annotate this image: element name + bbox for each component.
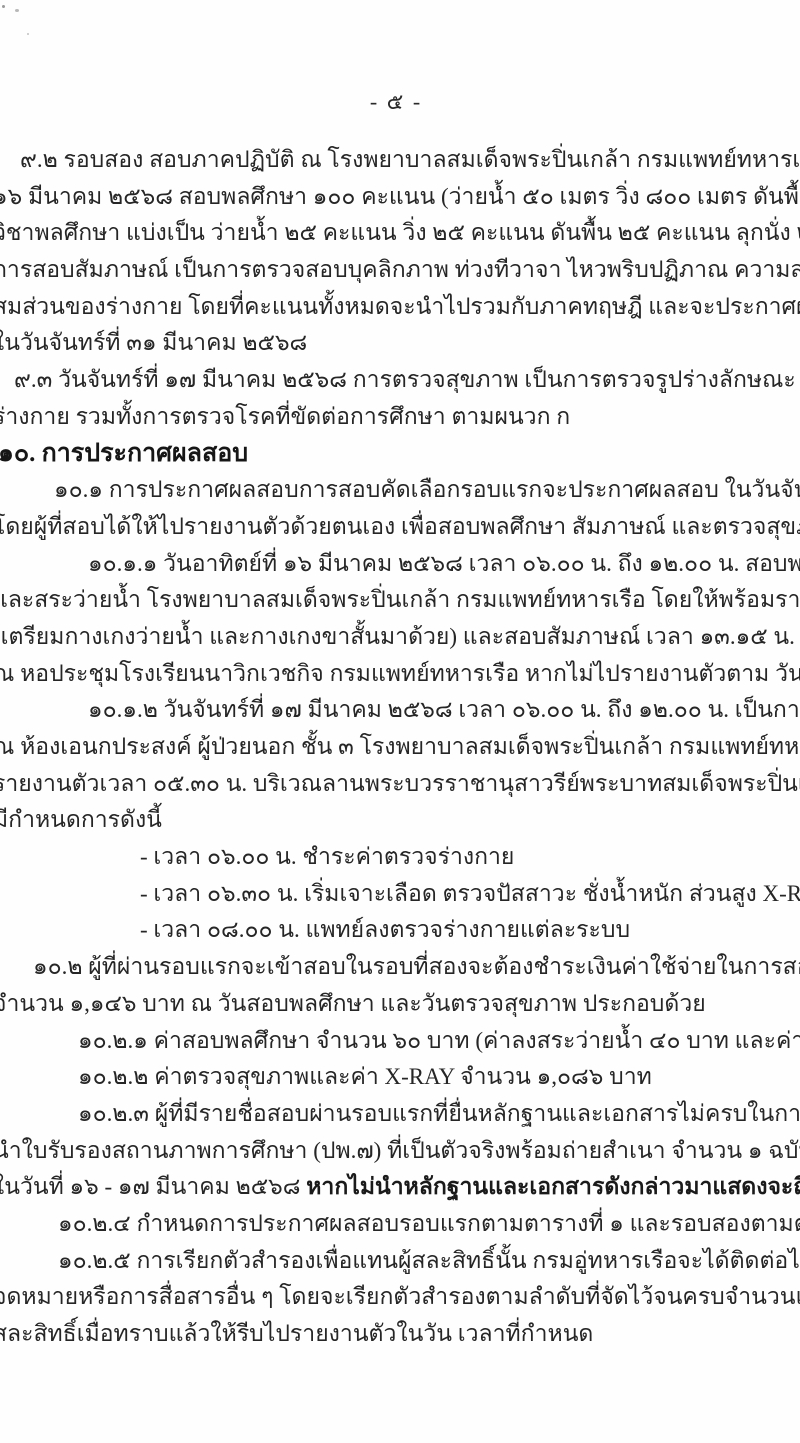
- line-text: ๑๐.๒.๕ การเรียกตัวสำรองเพื่อแทนผู้สละสิท…: [58, 1248, 800, 1273]
- line-text: ๑๐.๒.๓ ผู้ที่มีรายชื่อสอบผ่านรอบแรกที่ยื…: [78, 1101, 800, 1126]
- line-text: ๑๐.๑ การประกาศผลสอบการสอบคัดเลือกรอบแรกจ…: [54, 477, 800, 502]
- document-line: จำนวน ๑,๑๔๖ บาท ณ วันสอบพลศึกษา และวันตร…: [0, 986, 800, 1023]
- document-line: - เวลา ๐๖.๓๐ น. เริ่มเจาะเลือด ตรวจปัสสา…: [140, 876, 800, 913]
- line-text: (เตรียมกางเกงว่ายน้ำ และกางเกงขาสั้นมาด้…: [0, 624, 800, 649]
- document-line: ๑๐.๑.๒ วันจันทร์ที่ ๑๗ มีนาคม ๒๕๖๘ เวลา …: [88, 692, 800, 729]
- document-line: ๑๐.๑.๑ วันอาทิตย์ที่ ๑๖ มีนาคม ๒๕๖๘ เวลา…: [88, 546, 800, 583]
- document-line: (เตรียมกางเกงว่ายน้ำ และกางเกงขาสั้นมาด้…: [0, 619, 800, 656]
- document-line: ๑๐.๒.๑ ค่าสอบพลศึกษา จำนวน ๖๐ บาท (ค่าลง…: [78, 1023, 800, 1060]
- scan-speck: [15, 9, 19, 12]
- line-text: นำใบรับรองสถานภาพการศึกษา (ปพ.๗) ที่เป็น…: [0, 1138, 800, 1163]
- line-text: ในวันจันทร์ที่ ๓๑ มีนาคม ๒๕๖๘: [0, 330, 307, 355]
- scan-speck: [2, 5, 5, 8]
- document-line: จดหมายหรือการสื่อสารอื่น ๆ โดยจะเรียกตัว…: [0, 1279, 800, 1316]
- document-line: รายงานตัวเวลา ๐๕.๓๐ น. บริเวณลานพระบวรรา…: [0, 766, 800, 803]
- line-text: - เวลา ๐๖.๓๐ น. เริ่มเจาะเลือด ตรวจปัสสา…: [140, 881, 800, 906]
- line-text: สมส่วนของร่างกาย โดยที่คะแนนทั้งหมดจะนำไ…: [0, 294, 800, 319]
- document-line: การสอบสัมภาษณ์ เป็นการตรวจสอบบุคลิกภาพ ท…: [0, 252, 800, 289]
- document-line: ๑๖ มีนาคม ๒๕๖๘ สอบพลศึกษา ๑๐๐ คะแนน (ว่า…: [0, 179, 800, 216]
- line-text: และสระว่ายน้ำ โรงพยาบาลสมเด็จพระปิ่นเกล้…: [0, 587, 800, 612]
- line-text: จำนวน ๑,๑๔๖ บาท ณ วันสอบพลศึกษา และวันตร…: [0, 991, 706, 1016]
- document-line: - เวลา ๐๘.๐๐ น. แพทย์ลงตรวจร่างกายแต่ละร…: [140, 912, 800, 949]
- line-text: ณ ห้องเอนกประสงค์ ผู้ป่วยนอก ชั้น ๓ โรงพ…: [0, 734, 800, 759]
- line-text: สละสิทธิ์เมื่อทราบแล้วให้รีบไปรายงานตัวใ…: [0, 1321, 593, 1346]
- document-line: โดยผู้ที่สอบได้ให้ไปรายงานตัวด้วยตนเอง เ…: [0, 509, 800, 546]
- document-body: ๙.๒ รอบสอง สอบภาคปฏิบัติ ณ โรงพยาบาลสมเด…: [0, 142, 800, 1353]
- line-text: - เวลา ๐๘.๐๐ น. แพทย์ลงตรวจร่างกายแต่ละร…: [140, 917, 630, 942]
- document-line: ๑๐.๒.๔ กำหนดการประกาศผลสอบรอบแรกตามตาราง…: [58, 1206, 800, 1243]
- document-line: มีกำหนดการดังนี้: [0, 802, 800, 839]
- line-text: ๙.๓ วันจันทร์ที่ ๑๗ มีนาคม ๒๕๖๘ การตรวจส…: [14, 367, 800, 392]
- line-text: โดยผู้ที่สอบได้ให้ไปรายงานตัวด้วยตนเอง เ…: [0, 514, 800, 539]
- line-text: ร่างกาย รวมทั้งการตรวจโรคที่ขัดต่อการศึก…: [0, 404, 570, 429]
- line-text: ๙.๒ รอบสอง สอบภาคปฏิบัติ ณ โรงพยาบาลสมเด…: [20, 147, 800, 172]
- line-text: การสอบสัมภาษณ์ เป็นการตรวจสอบบุคลิกภาพ ท…: [0, 257, 800, 282]
- line-text: ๑๐.๑.๒ วันจันทร์ที่ ๑๗ มีนาคม ๒๕๖๘ เวลา …: [88, 697, 800, 722]
- line-text: หากไม่นำหลักฐานและเอกสารดังกล่าวมาแสดงจะ…: [306, 1174, 800, 1199]
- document-line: นำใบรับรองสถานภาพการศึกษา (ปพ.๗) ที่เป็น…: [0, 1133, 800, 1170]
- document-page: - ๕ - ๙.๒ รอบสอง สอบภาคปฏิบัติ ณ โรงพยาบ…: [0, 0, 800, 1443]
- document-line: ๑๐. การประกาศผลสอบ: [0, 436, 800, 473]
- document-line: และสระว่ายน้ำ โรงพยาบาลสมเด็จพระปิ่นเกล้…: [0, 582, 800, 619]
- document-line: ๑๐.๒.๒ ค่าตรวจสุขภาพและค่า X-RAY จำนวน ๑…: [78, 1059, 800, 1096]
- document-line: ๑๐.๒ ผู้ที่ผ่านรอบแรกจะเข้าสอบในรอบที่สอ…: [33, 949, 800, 986]
- document-line: ๑๐.๑ การประกาศผลสอบการสอบคัดเลือกรอบแรกจ…: [54, 472, 800, 509]
- line-text: ๑๐.๒.๒ ค่าตรวจสุขภาพและค่า X-RAY จำนวน ๑…: [78, 1064, 652, 1089]
- line-text: รายงานตัวเวลา ๐๕.๓๐ น. บริเวณลานพระบวรรา…: [0, 771, 800, 796]
- document-line: ณ ห้องเอนกประสงค์ ผู้ป่วยนอก ชั้น ๓ โรงพ…: [0, 729, 800, 766]
- line-text: ๑๐.๑.๑ วันอาทิตย์ที่ ๑๖ มีนาคม ๒๕๖๘ เวลา…: [88, 551, 800, 576]
- document-line: ในวันจันทร์ที่ ๓๑ มีนาคม ๒๕๖๘: [0, 325, 800, 362]
- document-line: ในวันที่ ๑๖ - ๑๗ มีนาคม ๒๕๖๘ หากไม่นำหลั…: [0, 1169, 800, 1206]
- document-line: ร่างกาย รวมทั้งการตรวจโรคที่ขัดต่อการศึก…: [0, 399, 800, 436]
- line-text: มีกำหนดการดังนี้: [0, 807, 162, 832]
- document-line: - เวลา ๐๖.๐๐ น. ชำระค่าตรวจร่างกาย: [140, 839, 800, 876]
- line-text: ในวันที่ ๑๖ - ๑๗ มีนาคม ๒๕๖๘: [0, 1174, 306, 1199]
- document-line: สละสิทธิ์เมื่อทราบแล้วให้รีบไปรายงานตัวใ…: [0, 1316, 800, 1353]
- document-line: สมส่วนของร่างกาย โดยที่คะแนนทั้งหมดจะนำไ…: [0, 289, 800, 326]
- document-line: ๙.๒ รอบสอง สอบภาคปฏิบัติ ณ โรงพยาบาลสมเด…: [20, 142, 800, 179]
- line-text: - เวลา ๐๖.๐๐ น. ชำระค่าตรวจร่างกาย: [140, 844, 514, 869]
- line-text: ๑๐.๒.๔ กำหนดการประกาศผลสอบรอบแรกตามตาราง…: [58, 1211, 800, 1236]
- line-text: ๑๐.๒ ผู้ที่ผ่านรอบแรกจะเข้าสอบในรอบที่สอ…: [33, 954, 800, 979]
- line-text: ๑๐.๒.๑ ค่าสอบพลศึกษา จำนวน ๖๐ บาท (ค่าลง…: [78, 1028, 800, 1053]
- document-line: ๙.๓ วันจันทร์ที่ ๑๗ มีนาคม ๒๕๖๘ การตรวจส…: [14, 362, 800, 399]
- line-text: ๑๐. การประกาศผลสอบ: [0, 440, 248, 467]
- page-number: - ๕ -: [0, 84, 792, 119]
- line-text: ๑๖ มีนาคม ๒๕๖๘ สอบพลศึกษา ๑๐๐ คะแนน (ว่า…: [0, 184, 800, 209]
- scan-speck: [27, 33, 29, 35]
- line-text: วิชาพลศึกษา แบ่งเป็น ว่ายน้ำ ๒๕ คะแนน วิ…: [0, 220, 800, 245]
- document-line: วิชาพลศึกษา แบ่งเป็น ว่ายน้ำ ๒๕ คะแนน วิ…: [0, 215, 800, 252]
- line-text: จดหมายหรือการสื่อสารอื่น ๆ โดยจะเรียกตัว…: [0, 1284, 800, 1309]
- document-line: ณ หอประชุมโรงเรียนนาวิกเวชกิจ กรมแพทย์ทห…: [0, 656, 800, 693]
- document-line: ๑๐.๒.๓ ผู้ที่มีรายชื่อสอบผ่านรอบแรกที่ยื…: [78, 1096, 800, 1133]
- document-line: ๑๐.๒.๕ การเรียกตัวสำรองเพื่อแทนผู้สละสิท…: [58, 1243, 800, 1280]
- line-text: ณ หอประชุมโรงเรียนนาวิกเวชกิจ กรมแพทย์ทห…: [0, 661, 800, 686]
